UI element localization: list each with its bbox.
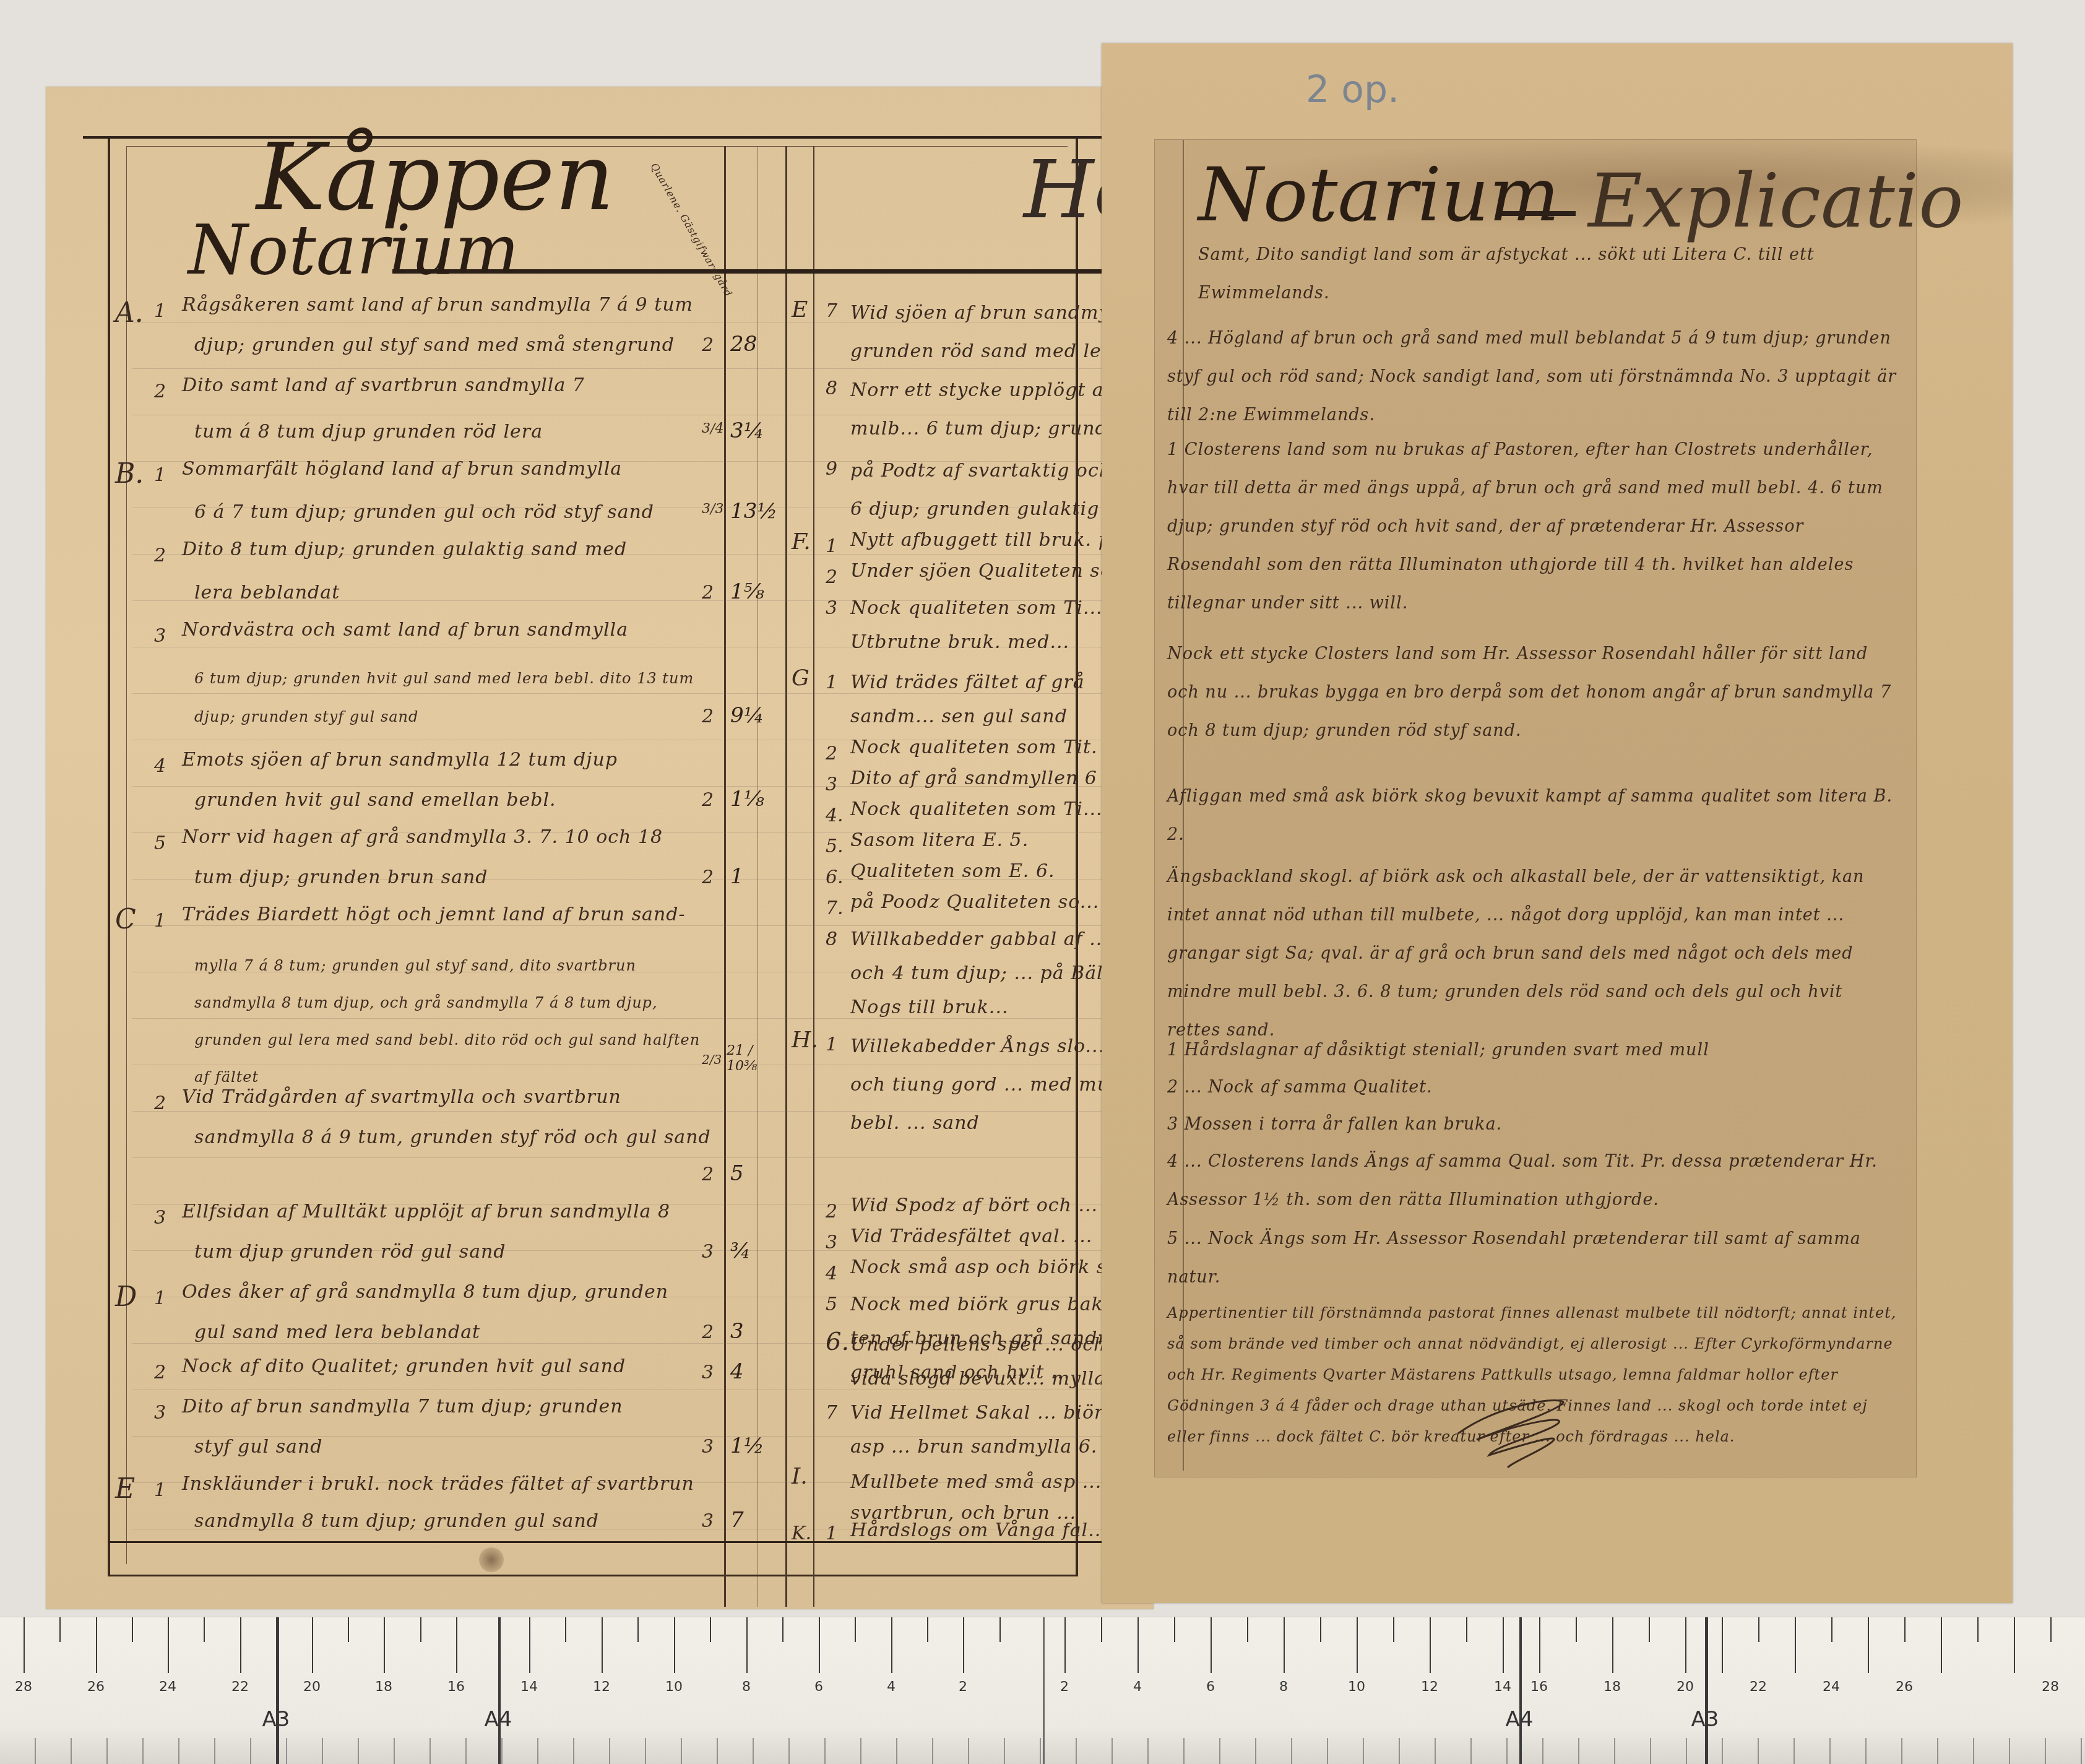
- entry-number: 1: [826, 1523, 837, 1544]
- entry-qual: 2: [702, 789, 714, 811]
- entry-value: 5: [730, 1161, 744, 1186]
- entry-qual: 2: [702, 1164, 714, 1185]
- entry-number: 4: [154, 755, 166, 777]
- ruler-label: 4: [887, 1679, 896, 1695]
- entry-qual: 2: [702, 867, 714, 888]
- ruler-label: 22: [1750, 1679, 1767, 1695]
- entry-value: ¾: [730, 1239, 751, 1263]
- entry-number: 3: [154, 1402, 166, 1424]
- left-manuscript-sheet: Kåppen Notarium Quarlene. Gästgifwaregår…: [46, 87, 1154, 1609]
- value-column-line: [758, 146, 758, 1607]
- paper-size-mark-a4: A4: [1506, 1707, 1534, 1732]
- entry-number: 2: [154, 545, 166, 566]
- section-letter: F.: [792, 529, 811, 555]
- entry-text: Odes åker af grå sandmylla 8 tum djup, g…: [182, 1281, 668, 1303]
- entry-qual: 3: [702, 1362, 714, 1383]
- entry-value: 21 / 10⅜: [727, 1043, 758, 1074]
- section-letter: H.: [792, 1027, 818, 1053]
- paragraph: Nock ett stycke Closters land som Hr. As…: [1167, 635, 1897, 750]
- entry-text: Nordvästra och samt land af brun sandmyl…: [182, 619, 628, 641]
- entry-number: 5: [826, 1294, 837, 1315]
- entry-text: Trädes Biardett högt och jemnt land af b…: [182, 904, 686, 925]
- entry-value: 28: [730, 332, 757, 357]
- middle-page-left-line: [813, 146, 814, 1607]
- ruler-label: 10: [665, 1679, 683, 1695]
- paragraph: 2 ... Nock af samma Qualitet.: [1167, 1068, 1897, 1107]
- entry-value: 1⅛: [730, 787, 764, 811]
- entry-qual: 2: [702, 706, 714, 727]
- entry-text: sandmylla 8 tum djup; grunden gul sand: [194, 1510, 599, 1532]
- entry-value: 1⅝: [730, 579, 764, 604]
- entry-value: 3¼: [730, 418, 764, 443]
- entry-text: tum á 8 tum djup grunden röd lera: [194, 421, 543, 443]
- right-title-notarium: Notarium: [1198, 152, 1560, 238]
- entry-number: 1: [826, 1034, 837, 1055]
- section-letter-c: C: [115, 904, 136, 935]
- ruler-label: 28: [2042, 1679, 2059, 1695]
- entry-qual: 3/4: [702, 421, 723, 436]
- paragraph: Afliggan med små ask biörk skog bevuxit …: [1167, 777, 1897, 854]
- top-border-rule: [83, 136, 1160, 139]
- entry-number: 4: [826, 1263, 837, 1284]
- paper-size-mark-a4: A4: [485, 1707, 512, 1732]
- entry-number: 1: [154, 464, 166, 486]
- ruler-label: 22: [231, 1679, 249, 1695]
- entry-value: 1½: [730, 1433, 764, 1458]
- entry-number: 2: [826, 566, 837, 588]
- entry-text: Ellfsidan af Mulltäkt upplöjt af brun sa…: [182, 1201, 670, 1222]
- entry-text: tum djup grunden röd gul sand: [194, 1241, 506, 1263]
- paragraph: 5 ... Nock Ängs som Hr. Assessor Rosenda…: [1167, 1220, 1897, 1297]
- ruler-label: 24: [159, 1679, 176, 1695]
- entry-number: 6.: [826, 867, 844, 888]
- paragraph: Samt, Dito sandigt land som är afstyckat…: [1198, 236, 1897, 313]
- entry-number: 3: [826, 1232, 837, 1253]
- ruler-label: 14: [1494, 1679, 1511, 1695]
- signature-flourish-icon: [1452, 1396, 1613, 1477]
- entry-qual: 3: [702, 1436, 714, 1458]
- entry-text: 6 á 7 tum djup; grunden gul och röd styf…: [194, 501, 654, 523]
- entry-value: 13½: [730, 499, 777, 524]
- entry-qual: 3: [702, 1241, 714, 1263]
- entry-number: 9: [826, 458, 837, 480]
- paragraph: 1 Closterens land som nu brukas af Pasto…: [1167, 431, 1897, 623]
- entry-text: gul sand med lera beblandat: [194, 1321, 480, 1343]
- ruler-label: 2: [959, 1679, 967, 1695]
- paper-size-mark-a3: A3: [262, 1707, 290, 1732]
- entry-number: 2: [154, 1362, 166, 1383]
- entry-number: 1: [154, 1287, 166, 1309]
- entry-number: 8: [826, 928, 837, 950]
- entry-text: Sommarfält högland land af brun sandmyll…: [182, 458, 622, 480]
- entry-number: 7.: [826, 897, 844, 919]
- ruler-label: 20: [303, 1679, 321, 1695]
- ruler-label: 8: [1279, 1679, 1288, 1695]
- entry-text: Dito af brun sandmylla 7 tum djup; grund…: [182, 1396, 623, 1417]
- entry-text: Rågsåkeren samt land af brun sandmylla 7…: [182, 294, 693, 316]
- section-letter: K.: [792, 1523, 811, 1544]
- paragraph: 4 ... Högland af brun och grå sand med m…: [1167, 319, 1897, 435]
- entry-number: 7: [826, 300, 837, 322]
- entry-number: 1: [826, 535, 837, 557]
- left-page-right-column-line: [785, 146, 787, 1607]
- section-letter-a: A.: [115, 297, 144, 329]
- section-letter: E: [792, 297, 808, 322]
- pencil-page-note: 2 op.: [1306, 68, 1399, 111]
- entry-qual: 2: [702, 582, 714, 603]
- entry-text: Dito 8 tum djup; grunden gulaktig sand m…: [182, 538, 627, 560]
- ruler-label: 14: [520, 1679, 538, 1695]
- ruler-label: 10: [1348, 1679, 1365, 1695]
- qual-column-line: [724, 146, 726, 1607]
- entry-text: Norr vid hagen af grå sandmylla 3. 7. 10…: [182, 826, 663, 848]
- entry-text: sandmylla 8 á 9 tum, grunden styf röd oc…: [194, 1126, 711, 1148]
- entry-number: 6.: [826, 1328, 849, 1356]
- ruler-label: 24: [1823, 1679, 1840, 1695]
- paragraph: 4 ... Closterens lands Ängs af samma Qua…: [1167, 1143, 1897, 1219]
- title-dash: [1501, 211, 1576, 216]
- entry-text: grunden hvit gul sand emellan bebl.: [194, 789, 556, 811]
- right-title-explicatio: Explicatio: [1588, 158, 1963, 244]
- entry-number: 2: [826, 1201, 837, 1222]
- entry-qual: 3/3: [702, 501, 723, 517]
- entry-text: lera beblandat: [194, 582, 340, 603]
- section-letter-e: E: [115, 1473, 135, 1505]
- entry-number: 3: [826, 774, 837, 795]
- entry-qual: 3: [702, 1510, 714, 1532]
- entry-qual: 2/3: [702, 1052, 722, 1067]
- entry-number: 3: [154, 625, 166, 647]
- measurement-ruler: 28 26 24 22 20 18 16 14 12 10 8 6 4 2 2 …: [0, 1617, 2085, 1764]
- ruler-label: 26: [1896, 1679, 1913, 1695]
- entry-number: 8: [826, 378, 837, 399]
- entry-value: 3: [730, 1319, 744, 1344]
- entry-text: mylla 7 á 8 tum; grunden gul styf sand, …: [194, 947, 702, 1096]
- ruler-label: 16: [447, 1679, 465, 1695]
- ruler-label: 6: [814, 1679, 823, 1695]
- page-subtitle-notarium: Notarium: [188, 210, 519, 290]
- entry-number: 1: [826, 672, 837, 693]
- entry-number: 5: [154, 832, 166, 854]
- entry-number: 5.: [826, 836, 844, 857]
- paper-size-mark-a3: A3: [1691, 1707, 1719, 1732]
- paragraph: 3 Mossen i torra år fallen kan bruka.: [1167, 1105, 1897, 1144]
- entry-value: 4: [730, 1359, 744, 1384]
- ruler-label: 2: [1060, 1679, 1069, 1695]
- entry-text: djup; grunden gul styf sand med små sten…: [194, 334, 675, 356]
- entry-number: 2: [154, 381, 166, 402]
- section-letter-d: D: [115, 1281, 137, 1313]
- ruler-label: 4: [1133, 1679, 1142, 1695]
- entry-value: 7: [730, 1508, 744, 1533]
- entry-text: Dito samt land af svartbrun sandmylla 7: [182, 374, 585, 396]
- section-letter: G: [792, 665, 809, 691]
- right-page-text-area: Notarium Explicatio Samt, Dito sandigt l…: [1154, 139, 1917, 1477]
- paragraph: Ängsbackland skogl. af biörk ask och alk…: [1167, 858, 1897, 1050]
- entry-number: 2: [154, 1092, 166, 1114]
- entry-text: 6 tum djup; grunden hvit gul sand med le…: [194, 659, 702, 736]
- ruler-label: 16: [1530, 1679, 1548, 1695]
- entry-number: 7: [826, 1402, 837, 1424]
- entry-text: Inskläunder i brukl. nock trädes fältet …: [182, 1473, 694, 1495]
- entry-number: 1: [154, 1479, 166, 1501]
- ruler-label: 26: [87, 1679, 105, 1695]
- ruler-label: 12: [1421, 1679, 1438, 1695]
- ruler-label: 18: [375, 1679, 392, 1695]
- entry-qual: 2: [702, 334, 714, 356]
- entry-number: 4.: [826, 805, 844, 826]
- entry-number: 1: [154, 910, 166, 932]
- paragraph: 1 Hårdslagnar af dåsiktigt steniall; gru…: [1167, 1031, 1897, 1070]
- ruler-label: 8: [742, 1679, 751, 1695]
- section-letter: I.: [792, 1464, 808, 1489]
- entry-value: 9¼: [730, 703, 764, 728]
- ruler-label: 20: [1677, 1679, 1694, 1695]
- entry-number: 3: [826, 597, 837, 619]
- entry-value: 1: [730, 864, 744, 889]
- ruler-label: 28: [15, 1679, 32, 1695]
- ruler-label: 12: [593, 1679, 610, 1695]
- entry-text: tum djup; grunden brun sand: [194, 867, 488, 888]
- ruler-label: 6: [1206, 1679, 1215, 1695]
- entry-qual: 2: [702, 1321, 714, 1343]
- entry-number: 2: [826, 743, 837, 764]
- entry-number: 1: [154, 300, 166, 322]
- entry-text: Nock af dito Qualitet; grunden hvit gul …: [182, 1355, 626, 1377]
- entry-text: Vid Trädgården af svartmylla och svartbr…: [182, 1086, 621, 1108]
- entry-number: 3: [154, 1207, 166, 1229]
- section-letter-b: B.: [115, 458, 144, 490]
- ruler-label: 18: [1604, 1679, 1621, 1695]
- entry-text: Emots sjöen af brun sandmylla 12 tum dju…: [182, 749, 618, 771]
- entry-text: styf gul sand: [194, 1436, 323, 1458]
